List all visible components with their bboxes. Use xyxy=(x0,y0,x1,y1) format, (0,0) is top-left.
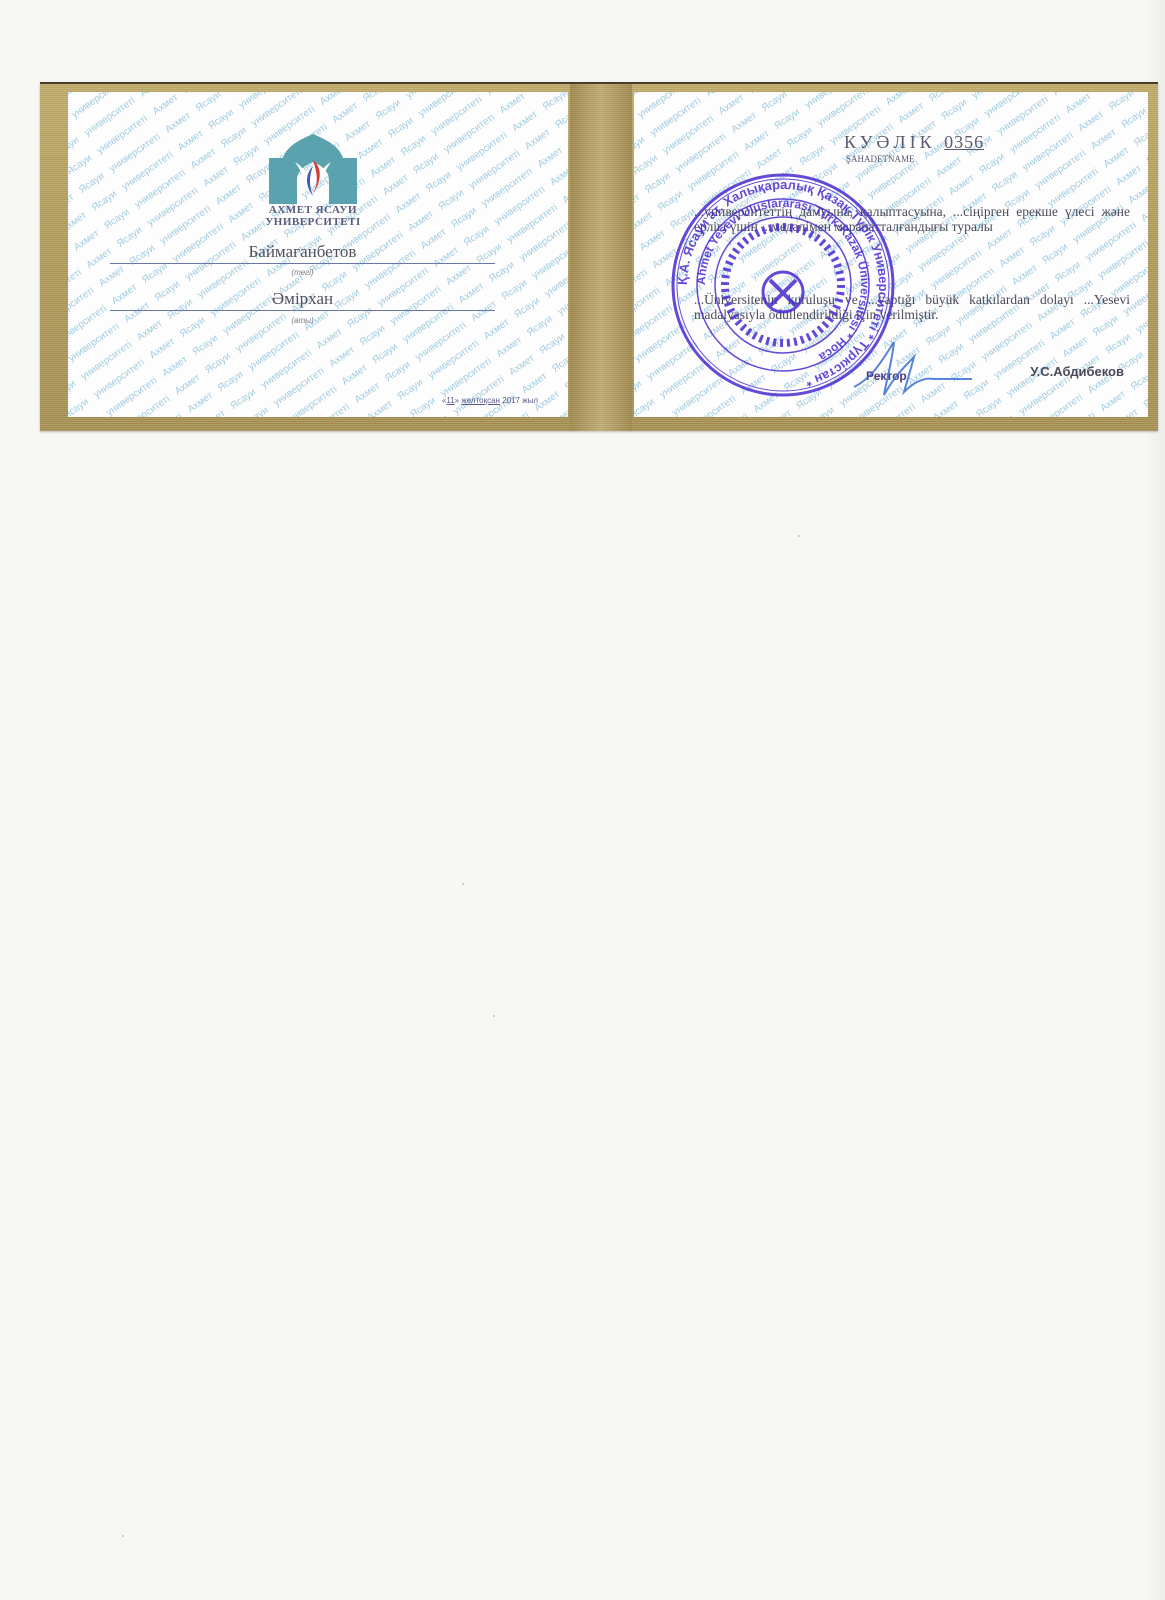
scan-speck xyxy=(462,883,464,885)
certificate-number: 0356 xyxy=(944,132,1004,153)
given-name-field: Әмірхан xyxy=(110,289,495,311)
surname-field: Баймағанбетов xyxy=(110,242,495,264)
right-page: Ахмет Ясауи университеті Ахмет Ясауи уни… xyxy=(634,92,1148,417)
cover-spine xyxy=(570,84,632,431)
left-page: Ахмет Ясауи университеті Ахмет Ясауи уни… xyxy=(68,92,568,417)
date-suffix: жыл xyxy=(522,396,538,405)
date-month: желтоқсан xyxy=(461,396,500,405)
university-arch-flame-icon xyxy=(265,132,361,204)
paragraph-kazakh: ...университеттің дамуына, қалыптасуына,… xyxy=(694,204,1130,234)
issue-date: «11» желтоқсан 2017 жыл xyxy=(442,396,538,405)
scan-speck xyxy=(798,535,800,537)
scan-speck xyxy=(122,1535,124,1537)
date-day: 11 xyxy=(446,396,454,405)
university-logo: АХМЕТ ЯСАУИ УНИВЕРСИТЕТІ xyxy=(258,132,368,228)
logo-line-2: УНИВЕРСИТЕТІ xyxy=(258,216,368,228)
certificate-title-text: КУӘЛІК xyxy=(844,132,936,152)
signer-name: У.С.Абдибеков xyxy=(1030,364,1124,379)
signature-icon xyxy=(844,337,974,397)
date-year: 2017 xyxy=(502,396,520,405)
certificate-title: КУӘЛІК 0356 xyxy=(844,132,1004,153)
date-close-quote: » xyxy=(455,396,459,405)
certificate-cover: Ахмет Ясауи университеті Ахмет Ясауи уни… xyxy=(40,82,1158,431)
logo-line-1: АХМЕТ ЯСАУИ xyxy=(258,204,368,216)
given-name-caption: (аты) xyxy=(110,316,495,325)
paragraph-turkish: ...Üniversitenin kuruluşu ve ...yaptığı … xyxy=(694,292,1130,322)
scan-speck xyxy=(493,1015,495,1017)
rector-label: Ректор xyxy=(866,369,907,383)
surname-caption: (тегі) xyxy=(110,268,495,277)
certificate-subtitle: ŞAHADETNAME xyxy=(846,154,915,164)
